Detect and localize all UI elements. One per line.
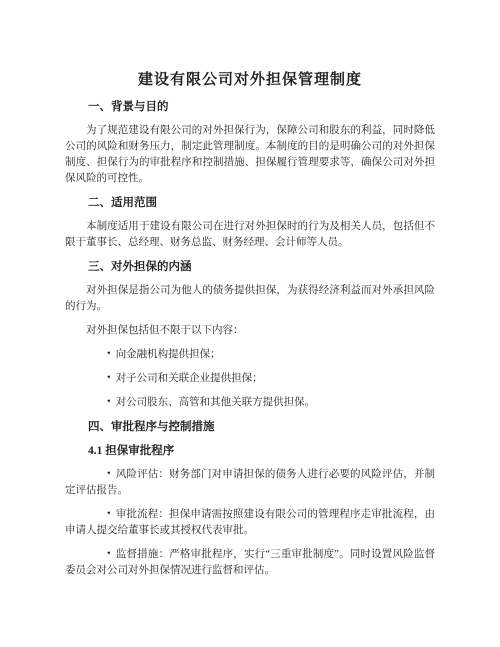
list-item-text: 对子公司和关联企业提供担保； <box>116 373 263 384</box>
list-item-text: 审批流程：担保申请需按照建设有限公司的管理程序走审批流程，由申请人提交给董事长或… <box>65 509 435 536</box>
section-background-purpose: 一、背景与目的 为了规范建设有限公司的对外担保行为，保障公司和股东的利益，同时降… <box>65 99 435 187</box>
list-item: •审批流程：担保申请需按照建设有限公司的管理程序走审批流程，由申请人提交给董事长… <box>65 507 435 539</box>
list-item: •对公司股东、高管和其他关联方提供担保。 <box>65 395 435 411</box>
bullet-icon: • <box>86 395 111 411</box>
paragraph: 本制度适用于建设有限公司在进行对外担保时的行为及相关人员，包括但不限于董事长、总… <box>65 219 435 251</box>
list-item-text: 风险评估：财务部门对申请担保的债务人进行必要的风险评估，并制定评估报告。 <box>65 469 435 496</box>
paragraph: 对外担保是指公司为他人的债务提供担保，为获得经济利益而对外承担风险的行为。 <box>65 283 435 315</box>
section-heading: 二、适用范围 <box>65 195 435 211</box>
bullet-icon: • <box>86 467 111 483</box>
section-guarantee-definition: 三、对外担保的内涵 对外担保是指公司为他人的债务提供担保，为获得经济利益而对外承… <box>65 259 435 411</box>
paragraph: 为了规范建设有限公司的对外担保行为，保障公司和股东的利益，同时降低公司的风险和财… <box>65 123 435 187</box>
list-item-text: 对公司股东、高管和其他关联方提供担保。 <box>116 397 316 408</box>
bullet-icon: • <box>86 547 111 563</box>
list-item: •向金融机构提供担保； <box>65 347 435 363</box>
subsection-heading: 4.1 担保审批程序 <box>65 443 435 459</box>
list-item: •对子公司和关联企业提供担保； <box>65 371 435 387</box>
document-page: 建设有限公司对外担保管理制度 一、背景与目的 为了规范建设有限公司的对外担保行为… <box>0 0 500 647</box>
section-heading: 四、审批程序与控制措施 <box>65 419 435 435</box>
list-item: •监督措施：严格审批程序，实行“三重审批制度”。同时设置风险监督委员会对公司对外… <box>65 547 435 579</box>
bullet-icon: • <box>86 347 111 363</box>
section-heading: 三、对外担保的内涵 <box>65 259 435 275</box>
section-approval-procedures: 四、审批程序与控制措施 4.1 担保审批程序 •风险评估：财务部门对申请担保的债… <box>65 419 435 579</box>
bullet-icon: • <box>86 371 111 387</box>
list-item-text: 监督措施：严格审批程序，实行“三重审批制度”。同时设置风险监督委员会对公司对外担… <box>65 549 435 576</box>
section-scope: 二、适用范围 本制度适用于建设有限公司在进行对外担保时的行为及相关人员，包括但不… <box>65 195 435 251</box>
list-item: •风险评估：财务部门对申请担保的债务人进行必要的风险评估，并制定评估报告。 <box>65 467 435 499</box>
paragraph: 对外担保包括但不限于以下内容： <box>65 323 435 339</box>
section-heading: 一、背景与目的 <box>65 99 435 115</box>
document-title: 建设有限公司对外担保管理制度 <box>65 70 435 90</box>
bullet-icon: • <box>86 507 111 523</box>
list-item-text: 向金融机构提供担保； <box>116 349 221 360</box>
